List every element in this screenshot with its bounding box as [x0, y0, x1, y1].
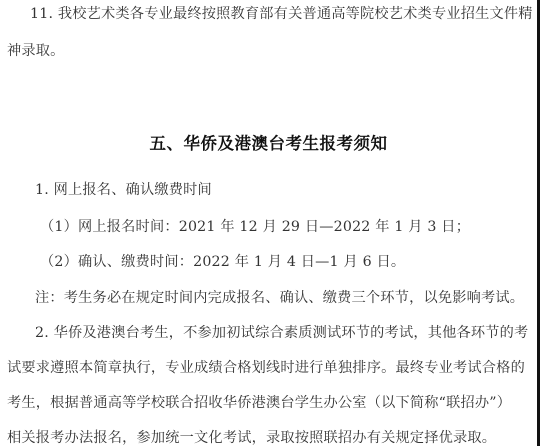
item-1-title: 1. 网上报名、确认缴费时间: [35, 180, 212, 200]
item-1-note: 注：考生务必在规定时间内完成报名、确认、缴费三个环节，以免影响考试。: [35, 288, 524, 308]
section-heading: 五、华侨及港澳台考生报考须知: [0, 133, 537, 155]
document-page: 11. 我校艺术类各专业最终按照教育部有关普通高等院校艺术类专业招生文件精 神录…: [0, 0, 537, 446]
paragraph-11-line-1: 11. 我校艺术类各专业最终按照教育部有关普通高等院校艺术类专业招生文件精: [30, 4, 533, 24]
item-1-registration-time: （1）网上报名时间：2021 年 12 月 29 日—2022 年 1 月 3 …: [40, 217, 470, 237]
item-2-line-2: 试要求遵照本简章执行，专业成绩合格划线时进行单独排序。最终专业考试合格的: [7, 358, 525, 378]
paragraph-11-line-2: 神录取。: [7, 41, 65, 61]
item-2-line-4: 相关报考办法报名，参加统一文化考试，录取按照联招办有关规定择优录取。: [7, 428, 496, 446]
item-2-line-1: 2. 华侨及港澳台考生，不参加初试综合素质测试环节的考试，其他各环节的考: [35, 323, 528, 343]
item-1-payment-time: （2）确认、缴费时间：2022 年 1 月 4 日—1 月 6 日。: [40, 252, 405, 272]
item-2-line-3: 考生，根据普通高等学校联合招收华侨港澳台学生办公室（以下简称“联招办”）: [7, 393, 511, 413]
